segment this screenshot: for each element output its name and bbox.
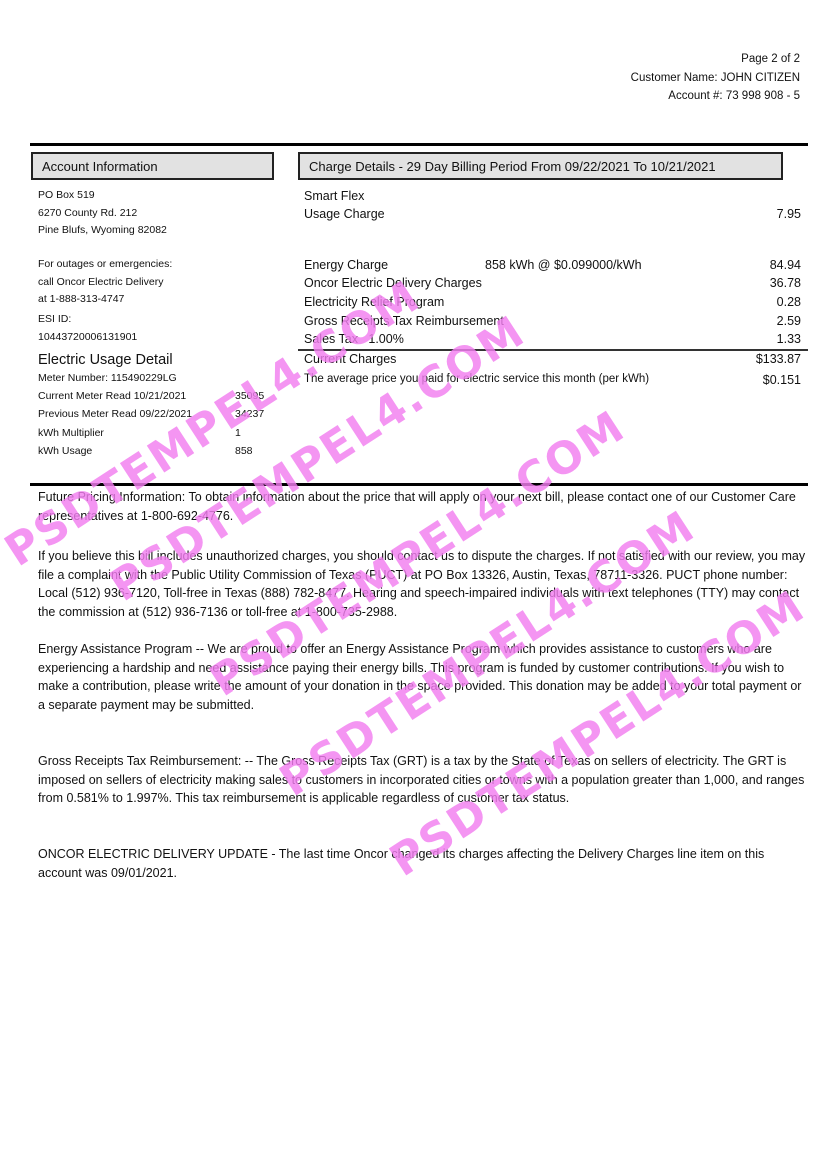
charges-total-divider xyxy=(298,349,808,351)
usage-label: Previous Meter Read 09/22/2021 xyxy=(38,408,192,420)
usage-detail-title: Electric Usage Detail xyxy=(38,352,173,368)
usage-row: Previous Meter Read 09/22/2021 34237 xyxy=(38,408,278,420)
customer-name: Customer Name: JOHN CITIZEN xyxy=(631,69,800,88)
charge-label: Usage Charge xyxy=(304,207,385,221)
account-address: PO Box 519 6270 County Rd. 212 Pine Bluf… xyxy=(38,187,167,240)
current-charges-label: Current Charges xyxy=(304,352,396,366)
esi-id: ESI ID: 10443720006131901 xyxy=(38,311,137,346)
average-price-row: The average price you paid for electric … xyxy=(304,373,801,391)
charge-row: Usage Charge 7.95 xyxy=(304,207,801,225)
outage-line: For outages or emergencies: xyxy=(38,256,172,274)
account-info-title: Account Information xyxy=(31,152,274,180)
usage-value: 858 xyxy=(235,445,253,457)
notice-dispute: If you believe this bill includes unauth… xyxy=(38,547,808,621)
charge-amount: 36.78 xyxy=(770,276,801,290)
esi-value: 10443720006131901 xyxy=(38,329,137,347)
charge-row: Energy Charge 858 kWh @ $0.099000/kWh 84… xyxy=(304,258,801,276)
meter-number: Meter Number: 115490229LG xyxy=(38,372,278,384)
average-price-label: The average price you paid for electric … xyxy=(304,373,649,385)
outage-line: at 1-888-313-4747 xyxy=(38,291,172,309)
top-divider xyxy=(30,143,808,146)
notice-energy-assistance: Energy Assistance Program -- We are prou… xyxy=(38,640,808,714)
address-line: Pine Blufs, Wyoming 82082 xyxy=(38,222,167,240)
current-charges-row: Current Charges $133.87 xyxy=(304,352,801,370)
notice-future-pricing: Future Pricing Information: To obtain in… xyxy=(38,488,808,525)
usage-label: Current Meter Read 10/21/2021 xyxy=(38,390,186,402)
charge-amount: 7.95 xyxy=(777,207,801,221)
address-line: PO Box 519 xyxy=(38,187,167,205)
outage-line: call Oncor Electric Delivery xyxy=(38,274,172,292)
charge-row: Oncor Electric Delivery Charges 36.78 xyxy=(304,276,801,294)
plan-label: Smart Flex xyxy=(304,189,364,203)
esi-label: ESI ID: xyxy=(38,311,137,329)
usage-row: Current Meter Read 10/21/2021 35095 xyxy=(38,390,278,402)
charge-amount: 0.28 xyxy=(777,295,801,309)
average-price-amount: $0.151 xyxy=(763,373,801,387)
address-line: 6270 County Rd. 212 xyxy=(38,205,167,223)
charge-amount: 84.94 xyxy=(770,258,801,272)
account-number: Account #: 73 998 908 - 5 xyxy=(631,87,800,106)
charge-row: Gross Receipts Tax Reimbursement 2.59 xyxy=(304,314,801,332)
current-charges-amount: $133.87 xyxy=(756,352,801,366)
usage-row: kWh Multiplier 1 xyxy=(38,427,278,439)
charge-label: Energy Charge xyxy=(304,258,388,272)
charge-row: Electricity Relief Program 0.28 xyxy=(304,295,801,313)
usage-label: kWh Multiplier xyxy=(38,427,104,439)
charge-amount: 2.59 xyxy=(777,314,801,328)
charge-label: Oncor Electric Delivery Charges xyxy=(304,276,482,290)
outage-info: For outages or emergencies: call Oncor E… xyxy=(38,256,172,309)
usage-label: kWh Usage xyxy=(38,445,92,457)
charge-label: Gross Receipts Tax Reimbursement xyxy=(304,314,504,328)
section-divider xyxy=(30,483,808,486)
usage-row: kWh Usage 858 xyxy=(38,445,278,457)
charge-label: Sales Tax 1.00% xyxy=(304,332,404,346)
usage-value: 1 xyxy=(235,427,241,439)
usage-value: 34237 xyxy=(235,408,264,420)
page-header: Page 2 of 2 Customer Name: JOHN CITIZEN … xyxy=(631,50,800,106)
notice-grt: Gross Receipts Tax Reimbursement: -- The… xyxy=(38,752,808,808)
usage-value: 35095 xyxy=(235,390,264,402)
notice-oncor-update: ONCOR ELECTRIC DELIVERY UPDATE - The las… xyxy=(38,845,808,882)
charge-row: Sales Tax 1.00% 1.33 xyxy=(304,332,801,350)
charge-detail: 858 kWh @ $0.099000/kWh xyxy=(485,258,642,272)
charge-details-title: Charge Details - 29 Day Billing Period F… xyxy=(298,152,783,180)
charge-label: Electricity Relief Program xyxy=(304,295,444,309)
watermark: PSDTEMPEL4.COM xyxy=(381,581,814,887)
page-number: Page 2 of 2 xyxy=(631,50,800,69)
plan-name: Smart Flex xyxy=(304,189,801,207)
charge-amount: 1.33 xyxy=(777,332,801,346)
